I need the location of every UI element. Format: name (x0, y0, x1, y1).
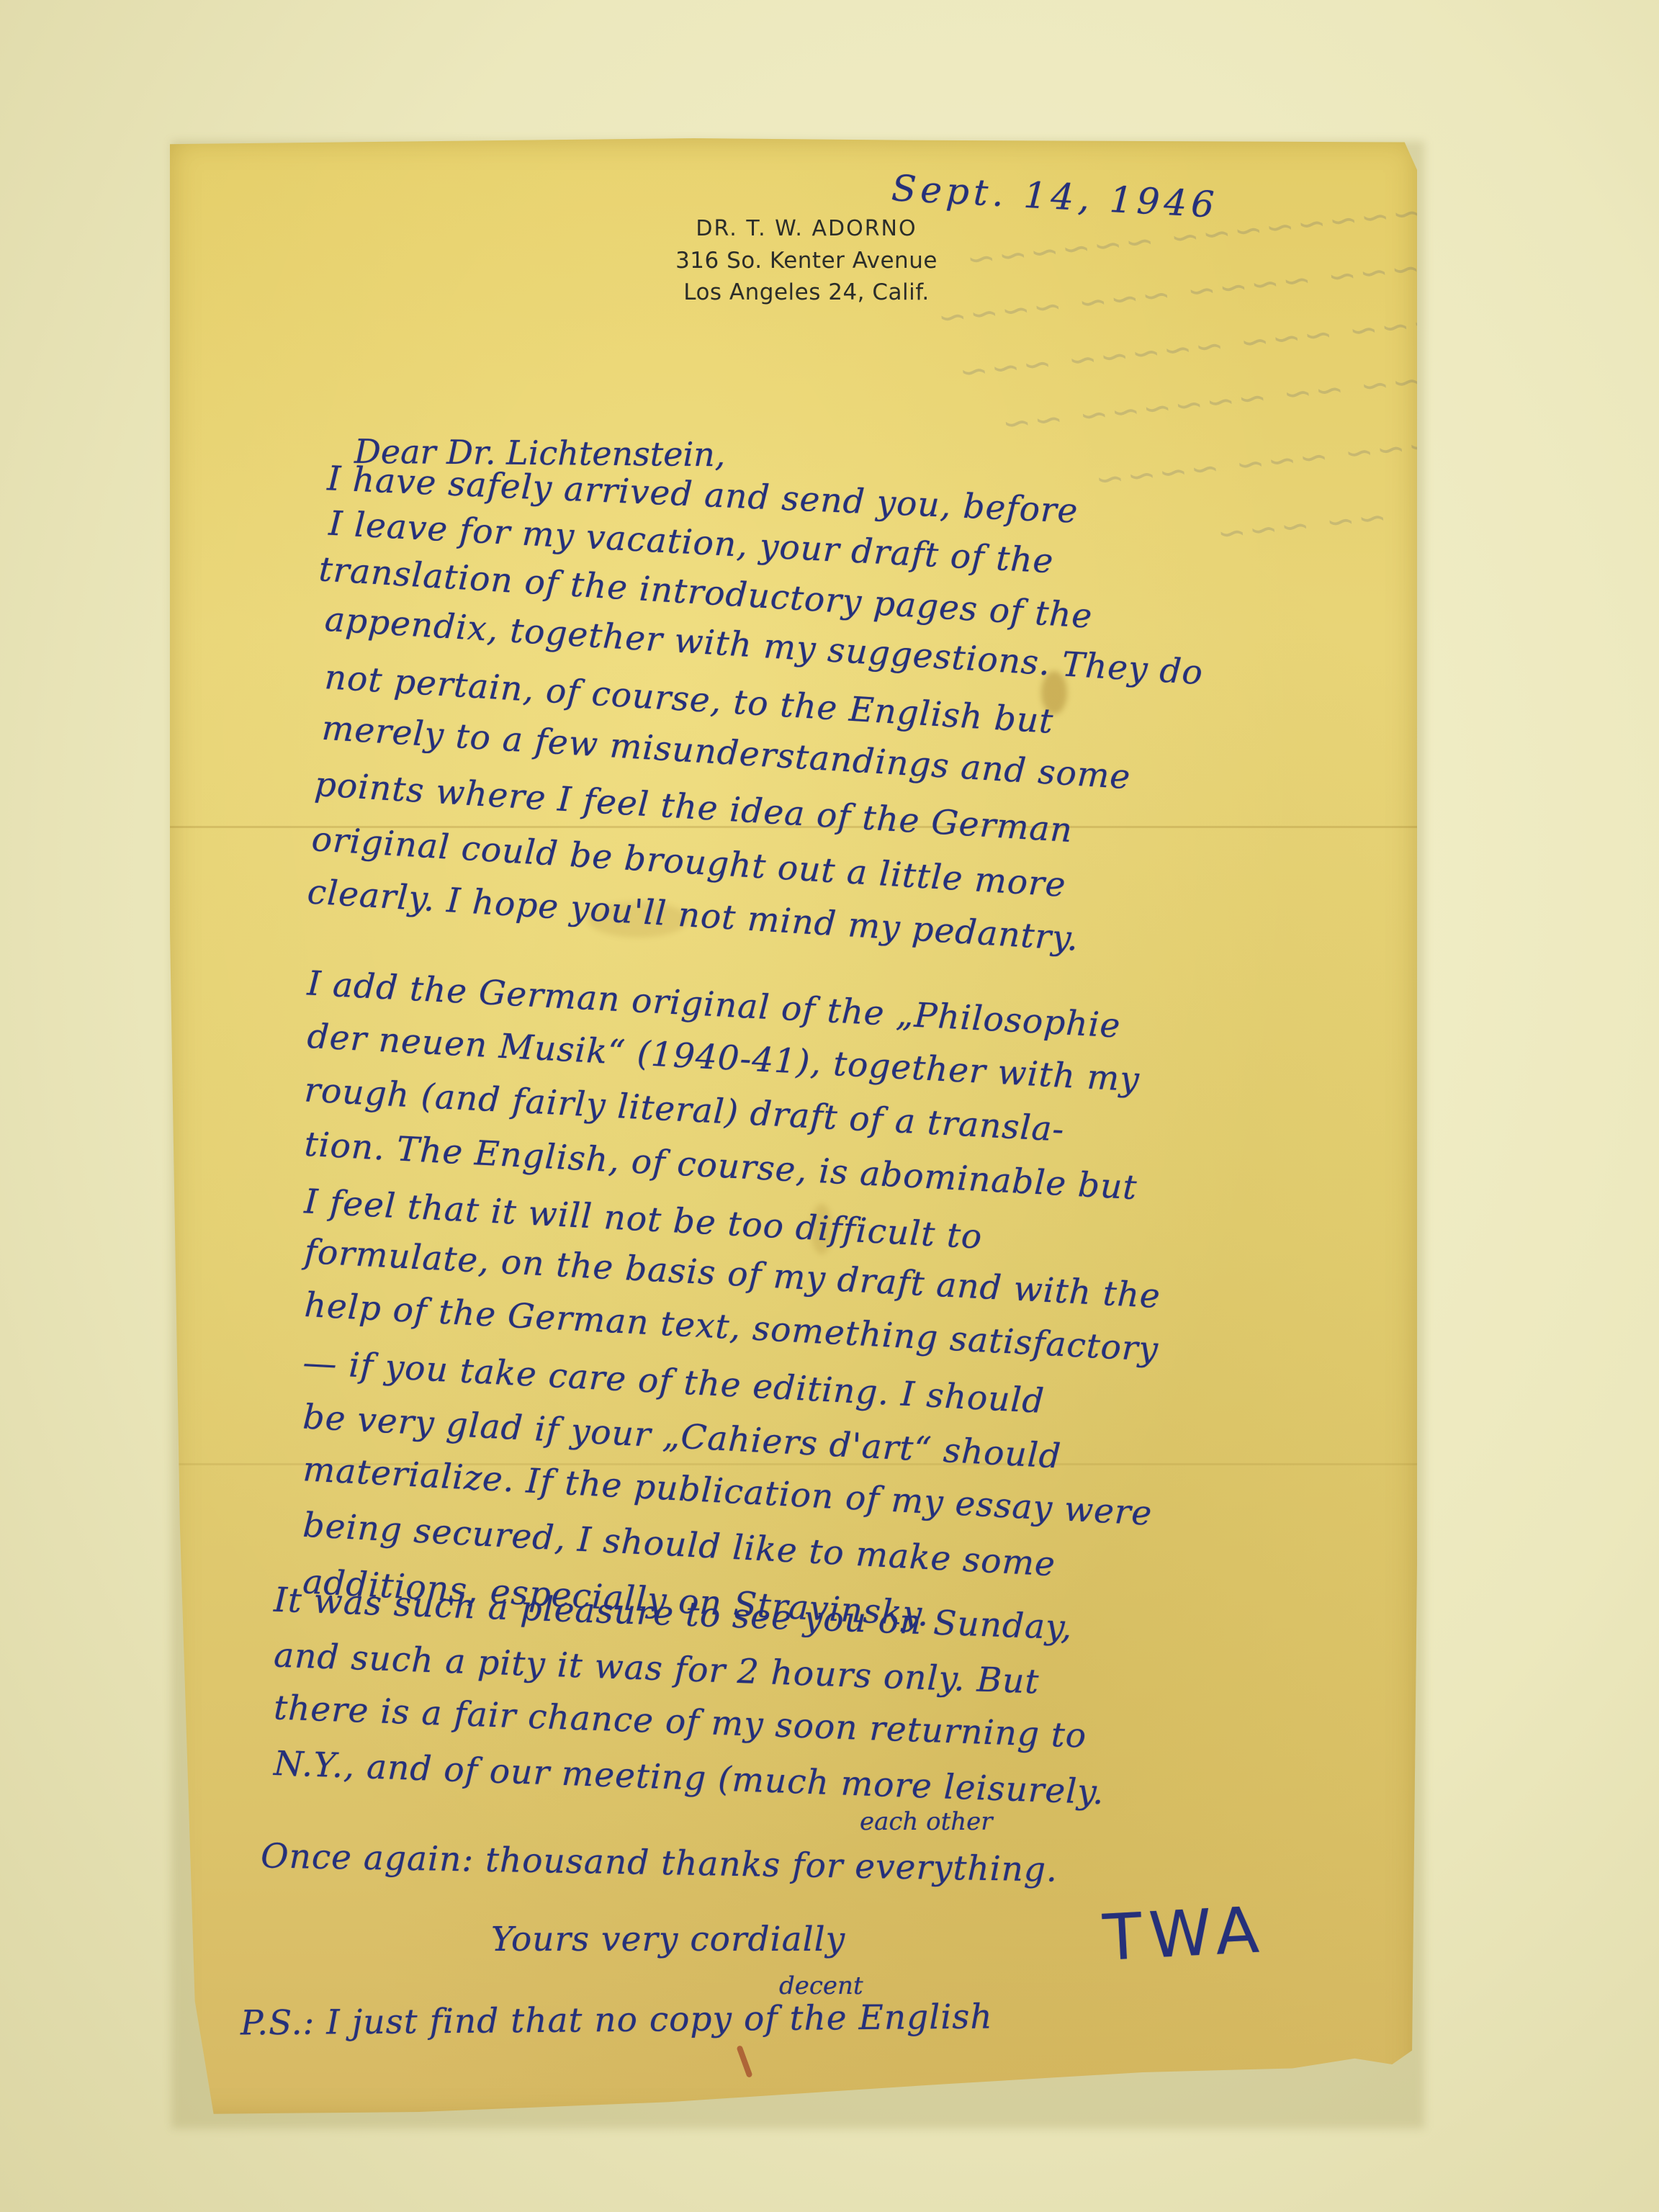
valediction: Yours very cordially (491, 1920, 845, 1959)
letterhead-city: Los Angeles 24, Calif. (648, 276, 965, 308)
body-line: N.Y., and of our meeting (much more leis… (273, 1744, 1105, 1812)
show-through-text: ~~~~ ~~~ ~~~~ (1091, 421, 1471, 501)
signature-initials: TWA (1101, 1892, 1267, 1975)
ink-mark (736, 2045, 752, 2078)
letterhead: DR. T. W. ADORNO 316 So. Kenter Avenue L… (648, 213, 965, 308)
letterhead-name: DR. T. W. ADORNO (648, 213, 965, 245)
letterhead-street: 316 So. Kenter Avenue (648, 245, 965, 276)
show-through-text: ~~ ~~~ (1213, 497, 1389, 555)
letter-sheet: ~~~ ~~~~ ~~~~~~~~ ~~~~~~ ~~~~~~ ~~~~ ~~~… (170, 138, 1417, 2120)
postscript-insertion: decent (779, 1972, 863, 2000)
closing-line: Once again: thousand thanks for everythi… (261, 1836, 1058, 1889)
postscript: P.S.: I just find that no copy of the En… (240, 1997, 993, 2043)
inserted-words: each other (860, 1807, 993, 1836)
